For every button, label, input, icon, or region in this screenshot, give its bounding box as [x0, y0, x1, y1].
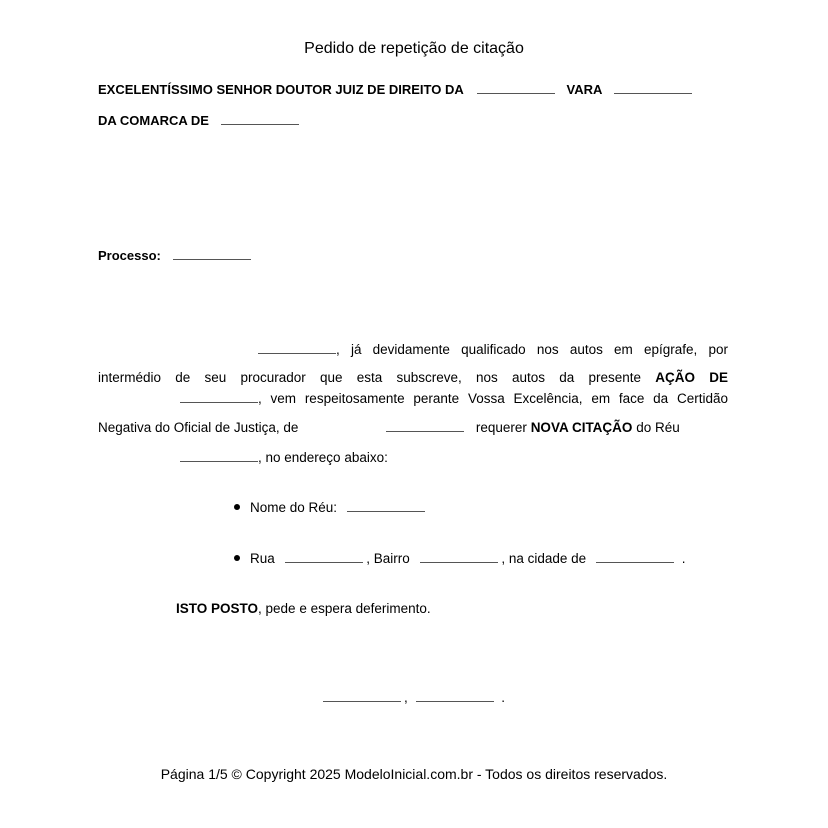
bullet-icon	[234, 504, 240, 510]
paragraph-text-4a: Negativa do Oficial de Justiça, de	[98, 420, 298, 435]
bullet-endereco: Rua , Bairro , na cidade de .	[234, 551, 685, 566]
blank-local	[323, 701, 401, 702]
blank-comarca	[221, 124, 299, 125]
paragraph-text-2: intermédio de seu procurador que esta su…	[98, 370, 641, 385]
signature-end: .	[501, 690, 505, 705]
paragraph-line-5: , no endereço abaixo:	[180, 450, 388, 465]
paragraph-text-4b: requerer	[476, 420, 527, 435]
header-vara-text: VARA	[567, 82, 602, 97]
signature-sep: ,	[404, 690, 408, 705]
blank-data	[416, 701, 494, 702]
page-footer: Página 1/5 © Copyright 2025 ModeloInicia…	[0, 766, 828, 782]
processo-line: Processo:	[98, 248, 251, 263]
header-court-text: EXCELENTÍSSIMO SENHOR DOUTOR JUIZ DE DIR…	[98, 82, 463, 97]
signature-line: , .	[323, 690, 505, 705]
paragraph-text-3: , vem respeitosamente perante Vossa Exce…	[258, 391, 728, 406]
closing-line: ISTO POSTO, pede e espera deferimento.	[176, 601, 431, 616]
document-title: Pedido de repetição de citação	[0, 40, 828, 58]
blank-motivo	[386, 431, 464, 432]
blank-reu	[180, 461, 258, 462]
paragraph-line-2: intermédio de seu procurador que esta su…	[98, 370, 728, 385]
blank-bairro	[420, 562, 498, 563]
blank-nome-reu	[347, 511, 425, 512]
blank-cidade	[596, 562, 674, 563]
paragraph-text-5: , no endereço abaixo:	[258, 450, 388, 465]
endereco-end: .	[682, 551, 686, 566]
blank-vara-number	[477, 93, 555, 94]
paragraph-line-3: , vem respeitosamente perante Vossa Exce…	[180, 391, 728, 406]
paragraph-text-1: , já devidamente qualificado nos autos e…	[336, 342, 728, 357]
nome-reu-label: Nome do Réu:	[250, 500, 337, 515]
paragraph-line-1: , já devidamente qualificado nos autos e…	[258, 342, 728, 357]
cidade-label: , na cidade de	[501, 551, 586, 566]
processo-label: Processo:	[98, 248, 161, 263]
blank-autor	[258, 353, 336, 354]
paragraph-text-4c: do Réu	[636, 420, 680, 435]
blank-processo	[173, 259, 251, 260]
bullet-nome-reu: Nome do Réu:	[234, 500, 425, 515]
closing-text: , pede e espera deferimento.	[258, 601, 431, 616]
acao-bold: AÇÃO DE	[655, 370, 728, 385]
blank-acao	[180, 402, 258, 403]
bairro-label: , Bairro	[366, 551, 410, 566]
isto-posto-bold: ISTO POSTO	[176, 601, 258, 616]
blank-vara-name	[614, 93, 692, 94]
rua-label: Rua	[250, 551, 275, 566]
nova-citacao-bold: NOVA CITAÇÃO	[531, 420, 633, 435]
header-line-1: EXCELENTÍSSIMO SENHOR DOUTOR JUIZ DE DIR…	[98, 82, 692, 97]
bullet-icon	[234, 555, 240, 561]
paragraph-line-4: Negativa do Oficial de Justiça, de reque…	[98, 420, 723, 435]
blank-rua	[285, 562, 363, 563]
header-line-2: DA COMARCA DE	[98, 113, 299, 128]
header-comarca-text: DA COMARCA DE	[98, 113, 209, 128]
